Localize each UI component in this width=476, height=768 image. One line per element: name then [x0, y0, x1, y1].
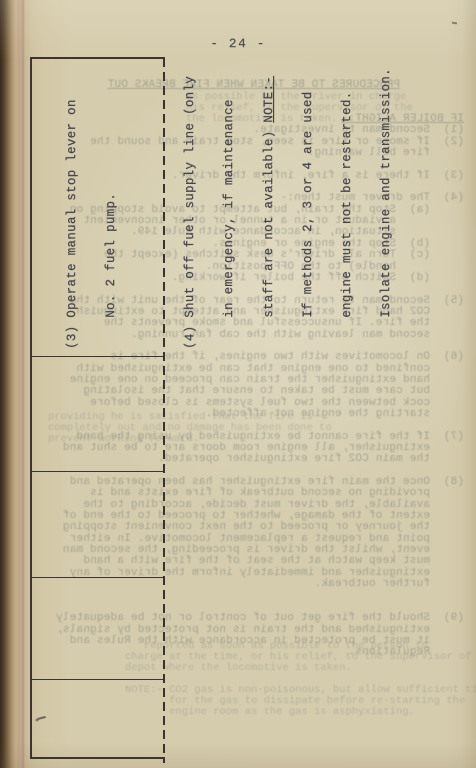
ghost-line: cock between the two fuel systems is clo…: [8, 398, 464, 409]
table-row-divider: [31, 356, 164, 357]
ghost-line: the main CO2 fire extinguisher operated.: [8, 454, 464, 465]
ghost-line: engine room as the gas is asphyxiating.: [125, 707, 476, 718]
ghost-line: point and request a replacement locomoti…: [8, 534, 464, 545]
note-line: Isolate engine and transmission.: [380, 63, 393, 349]
ghost-line: for the gas to dissipate before re-start…: [125, 696, 476, 707]
note-line: staff are not available) NOTE:-: [263, 63, 276, 349]
ghost-line: prevent working forward.: [48, 434, 332, 445]
ghost-line: (7) If the fire cannot be extinguished b…: [8, 432, 464, 443]
ghost-line: [8, 602, 464, 613]
ghost-line: extent of the damage, whether to proceed…: [8, 511, 464, 522]
ghost-line: [8, 420, 464, 431]
bleed-through-normal-middle: providing he is satisfied that the fire …: [48, 412, 332, 445]
table-row-divider: [31, 471, 164, 472]
ghost-line: starting the engine not affected.: [8, 409, 464, 420]
binding-crease: [21, 0, 25, 768]
note-line-text: staff are not available): [262, 123, 276, 349]
ghost-line: providing he is satisfied that the fire …: [48, 412, 332, 423]
note-line: engine must not be restarted.: [341, 63, 354, 349]
table-bottom-border: [30, 757, 165, 759]
ghost-line: event, whilst the driver is proceeding, …: [8, 545, 464, 556]
note-line: (4) Shut off fuel supply line (only: [184, 63, 197, 349]
ink-speck: [452, 22, 457, 25]
ghost-line: depot where the locomotive is taken.: [125, 663, 476, 674]
note-line: [145, 63, 158, 349]
ghost-line: charge at the time, or his relief, to th…: [125, 652, 476, 663]
ghost-line: available, the driver must decide, accor…: [8, 500, 464, 511]
ghost-line: but care must be taken to ensure that th…: [8, 386, 464, 397]
ghost-line: [125, 674, 476, 685]
ghost-line: extinguisher, all engine room doors are …: [8, 443, 464, 454]
ghost-line: providing no second outbreak of fire exi…: [8, 488, 464, 499]
ghost-line: reported as soon as possible to the pers…: [125, 641, 476, 652]
table-left-border: [30, 57, 32, 758]
note-label: NOTE:-: [262, 76, 276, 123]
ghost-line: extinguished and the train is not protec…: [8, 625, 464, 636]
table-top-border: [30, 57, 165, 59]
ghost-line: (9) Should the fire get out of control o…: [8, 613, 464, 624]
note-line: in emergency, if maintenance: [223, 63, 236, 349]
ghost-line: it must be protected in accordance with …: [8, 636, 464, 647]
ghost-line: (8) Once the main fire extinguisher has …: [8, 477, 464, 488]
ghost-line: the journey or proceed to the next conve…: [8, 522, 464, 533]
ghost-line: further outbreak.: [8, 579, 464, 590]
ghost-line: [8, 590, 464, 601]
ghost-line: confined to one engine that can be extin…: [8, 364, 464, 375]
ghost-line: (6) On locomotives with two engines, if …: [8, 352, 464, 363]
bleed-through-normal-bottom: reported as soon as possible to the pers…: [125, 641, 476, 718]
note-line: If methods 2, 3 or 4 are used: [302, 63, 315, 349]
scanned-document-page: PROCEDURES TO BE TAKEN WHEN FIRE BREAKS …: [0, 0, 476, 768]
ghost-line: completely out and no damage has been do…: [48, 423, 332, 434]
rotated-note-text: (3) Operate manual stop lever on No. 2 f…: [40, 63, 162, 349]
ghost-line: hand extinguisher the train can proceed …: [8, 375, 464, 386]
ghost-line: Regulations.: [8, 647, 464, 658]
ghost-line: NOTE:- CO2 gas is non-poisonous, but all…: [125, 685, 476, 696]
table-row-divider: [31, 577, 164, 578]
ghost-line: must keep watch at the seat of the fire …: [8, 556, 464, 567]
note-line: (3) Operate manual stop lever on: [66, 63, 79, 349]
note-line: No. 2 fuel pump.: [105, 63, 118, 349]
pencil-tick-mark: [37, 716, 46, 720]
table-row-divider: [31, 679, 164, 680]
page-number: - 24 -: [0, 36, 476, 51]
